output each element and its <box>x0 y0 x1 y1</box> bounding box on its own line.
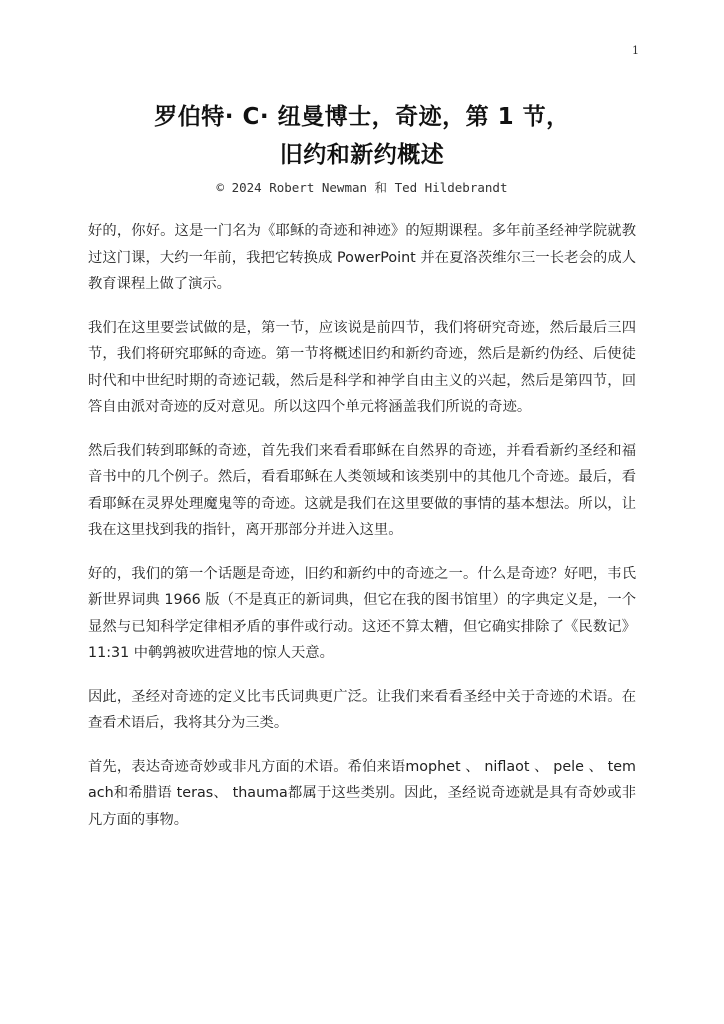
title-line-1: 罗伯特· C· 纽曼博士，奇迹，第 1 节， <box>0 98 724 136</box>
paragraph-jesus-miracles: 然后我们转到耶稣的奇迹，首先我们来看看耶稣在自然界的奇迹，并看看新约圣经和福音书… <box>88 438 636 544</box>
paragraph-course-plan: 我们在这里要尝试做的是，第一节，应该说是前四节，我们将研究奇迹，然后最后三四节，… <box>88 315 636 421</box>
title-line-2: 旧约和新约概述 <box>0 136 724 174</box>
document-title: 罗伯特· C· 纽曼博士，奇迹，第 1 节， 旧约和新约概述 <box>0 98 724 174</box>
paragraph-first-category: 首先，表达奇迹奇妙或非凡方面的术语。希伯来语mophet 、 niflaot 、… <box>88 754 636 834</box>
paragraph-biblical-terms: 因此，圣经对奇迹的定义比韦氏词典更广泛。让我们来看看圣经中关于奇迹的术语。在查看… <box>88 684 636 737</box>
document-body: 好的，你好。这是一门名为《耶稣的奇迹和神迹》的短期课程。多年前圣经神学院就教过这… <box>88 218 636 850</box>
paragraph-intro: 好的，你好。这是一门名为《耶稣的奇迹和神迹》的短期课程。多年前圣经神学院就教过这… <box>88 218 636 298</box>
paragraph-definition: 好的，我们的第一个话题是奇迹，旧约和新约中的奇迹之一。什么是奇迹？好吧，韦氏新世… <box>88 561 636 667</box>
copyright-notice: © 2024 Robert Newman 和 Ted Hildebrandt <box>0 178 724 196</box>
page-number: 1 <box>632 44 639 57</box>
